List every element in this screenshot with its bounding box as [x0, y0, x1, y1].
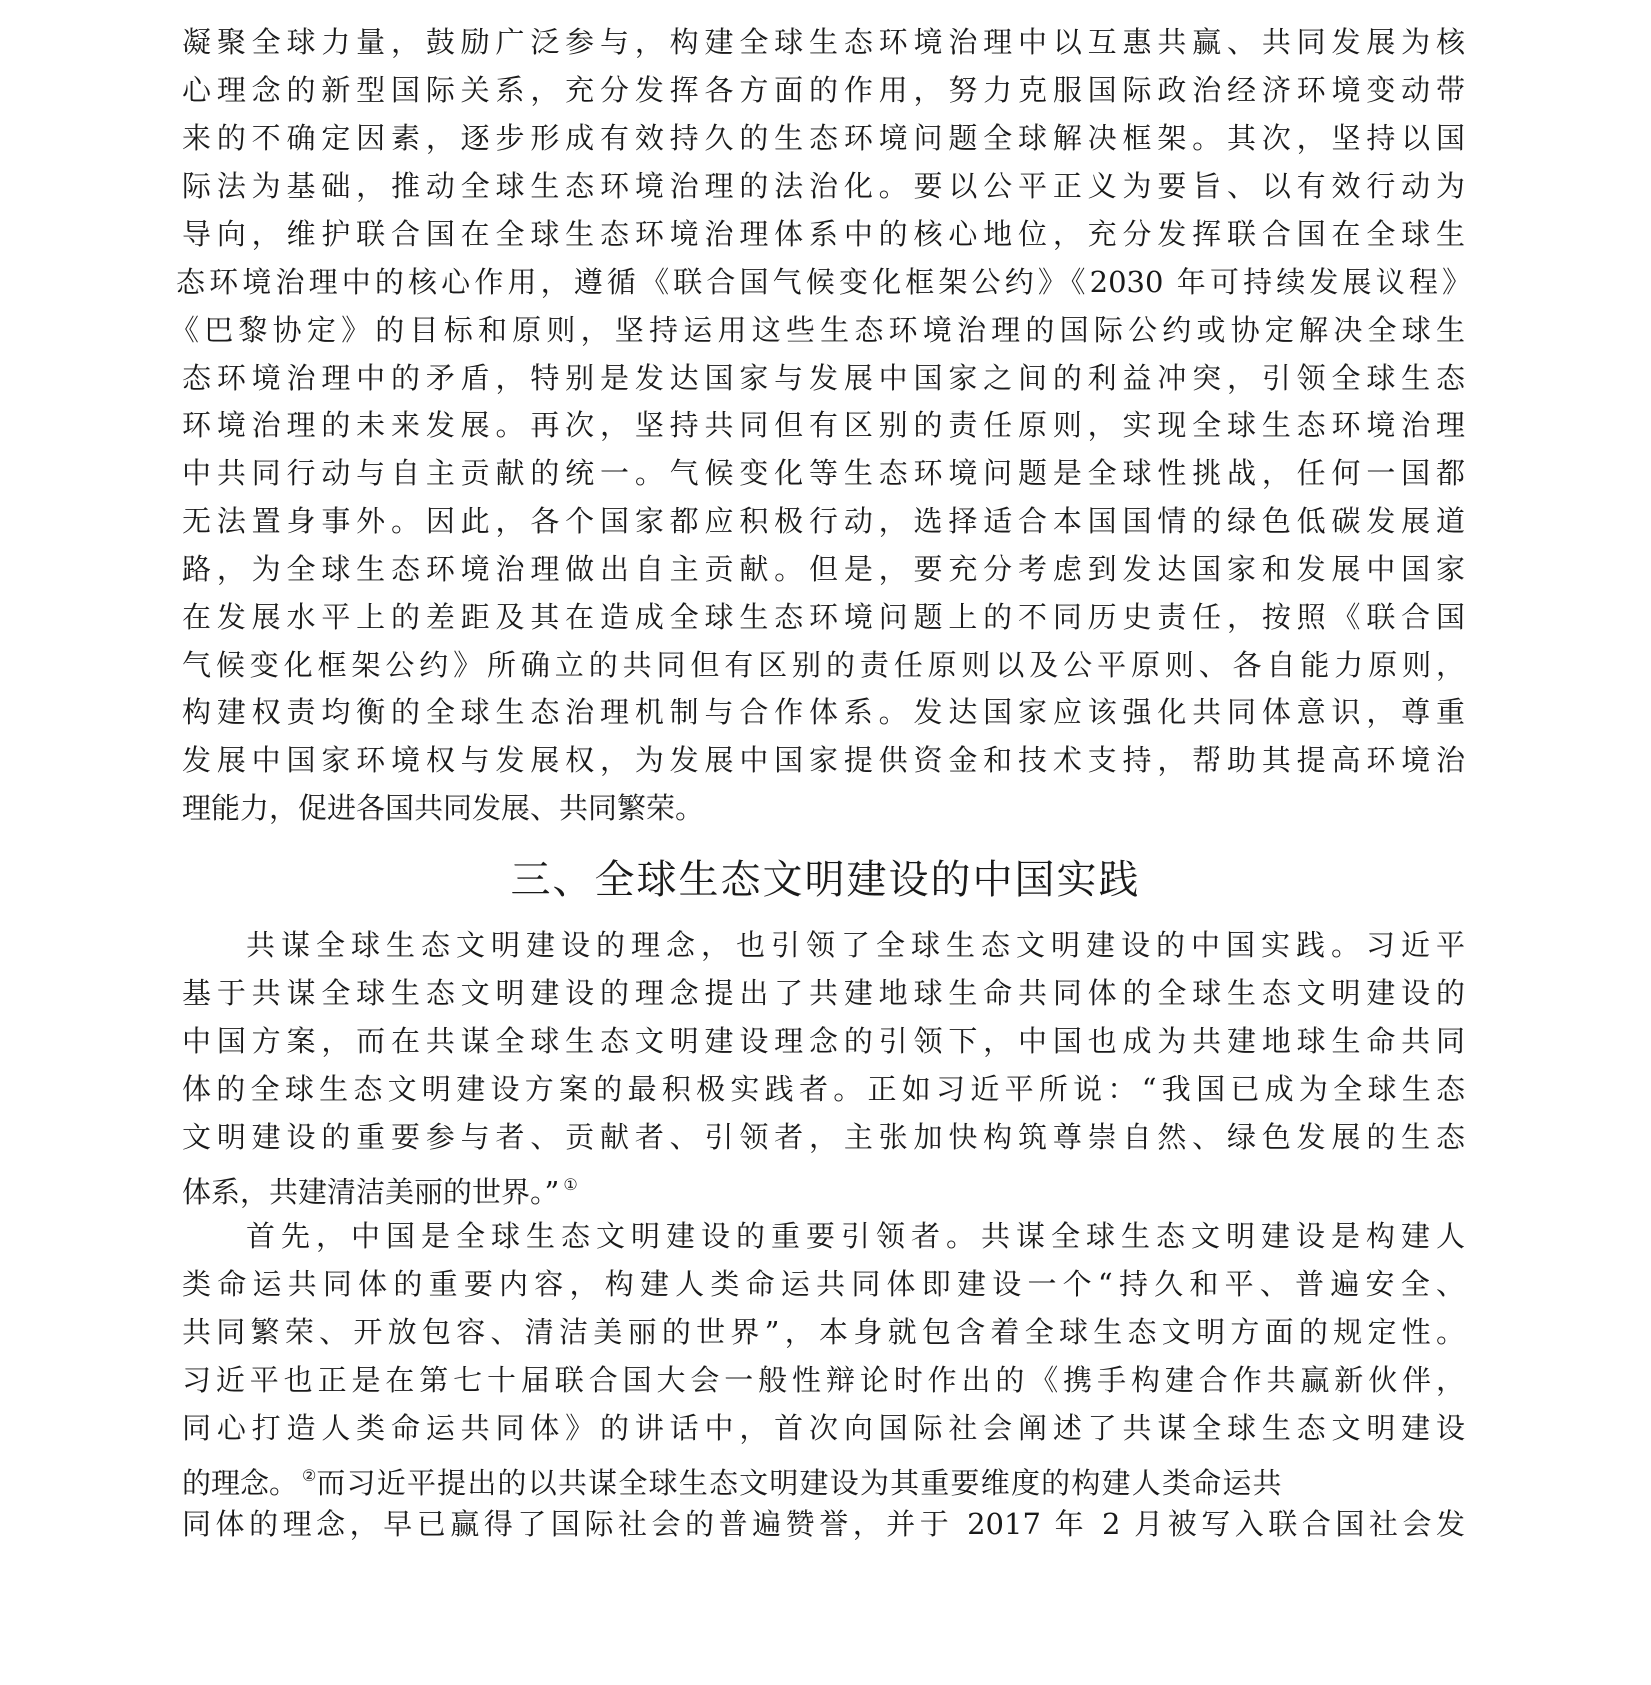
- text-line: 中共同行动与自主贡献的统一。气候变化等生态环境问题是全球性挑战，任何一国都: [182, 449, 1465, 497]
- text-line: 类命运共同体的重要内容，构建人类命运共同体即建设一个“持久和平、普遍安全、: [182, 1260, 1465, 1308]
- footnote-marker[interactable]: ①: [563, 1175, 577, 1194]
- text-line: 文明建设的重要参与者、贡献者、引领者，主张加快构筑尊崇自然、绿色发展的生态: [182, 1113, 1465, 1161]
- text-line: 习近平也正是在第七十届联合国大会一般性辩论时作出的《携手构建合作共赢新伙伴，: [182, 1356, 1465, 1404]
- text-line: 导向，维护联合国在全球生态环境治理体系中的核心地位，充分发挥联合国在全球生: [182, 210, 1465, 258]
- text-line: 基于共谋全球生态文明建设的理念提出了共建地球生命共同体的全球生态文明建设的: [182, 969, 1465, 1017]
- text-line: 构建权责均衡的全球生态治理机制与合作体系。发达国家应该强化共同体意识，尊重: [182, 688, 1465, 736]
- text-line: 凝聚全球力量，鼓励广泛参与，构建全球生态环境治理中以互惠共赢、共同发展为核: [182, 18, 1465, 66]
- text-line: 同心打造人类命运共同体》的讲话中，首次向国际社会阐述了共谋全球生态文明建设: [182, 1404, 1465, 1452]
- text-line: 体的全球生态文明建设方案的最积极实践者。正如习近平所说：“我国已成为全球生态: [182, 1065, 1465, 1113]
- text-line: 态环境治理中的矛盾，特别是发达国家与发展中国家之间的利益冲突，引领全球生态: [182, 354, 1465, 402]
- text-span: 而习近平提出的以共谋全球生态文明建设为其重要维度的构建人类命运共: [316, 1466, 1282, 1500]
- footnote-marker[interactable]: ②: [302, 1466, 316, 1485]
- text-line: 路，为全球生态环境治理做出自主贡献。但是，要充分考虑到发达国家和发展中国家: [182, 545, 1465, 593]
- text-line: 《巴黎协定》的目标和原则，坚持运用这些生态环境治理的国际公约或协定解决全球生: [170, 306, 1465, 354]
- text-line: 心理念的新型国际关系，充分发挥各方面的作用，努力克服国际政治经济环境变动带: [182, 66, 1465, 114]
- text-span: 体系，共建清洁美丽的世界。”: [182, 1175, 559, 1209]
- text-line: 发展中国家环境权与发展权，为发展中国家提供资金和技术支持，帮助其提高环境治: [182, 736, 1465, 784]
- text-line: 态环境治理中的核心作用，遵循《联合国气候变化框架公约》《2030 年可持续发展议…: [176, 258, 1471, 306]
- text-line: 在发展水平上的差距及其在造成全球生态环境问题上的不同历史责任，按照《联合国: [182, 593, 1465, 641]
- text-line: 中国方案，而在共谋全球生态文明建设理念的引领下，中国也成为共建地球生命共同: [182, 1017, 1465, 1065]
- text-line: 际法为基础，推动全球生态环境治理的法治化。要以公平正义为要旨、以有效行动为: [182, 162, 1465, 210]
- section-heading: 三、全球生态文明建设的中国实践: [0, 850, 1651, 910]
- text-line: 共谋全球生态文明建设的理念，也引领了全球生态文明建设的中国实践。习近平: [246, 921, 1465, 969]
- document-page: 凝聚全球力量，鼓励广泛参与，构建全球生态环境治理中以互惠共赢、共同发展为核 心理…: [0, 0, 1651, 1685]
- text-line: 共同繁荣、开放包容、清洁美丽的世界”，本身就包含着全球生态文明方面的规定性。: [182, 1308, 1465, 1356]
- text-line: 首先，中国是全球生态文明建设的重要引领者。共谋全球生态文明建设是构建人: [246, 1212, 1465, 1260]
- text-line: 的理念。②而习近平提出的以共谋全球生态文明建设为其重要维度的构建人类命运共: [182, 1452, 1465, 1500]
- text-line: 体系，共建清洁美丽的世界。”①: [182, 1161, 1465, 1209]
- text-line: 气候变化框架公约》所确立的共同但有区别的责任原则以及公平原则、各自能力原则，: [182, 641, 1465, 689]
- text-line: 环境治理的未来发展。再次，坚持共同但有区别的责任原则，实现全球生态环境治理: [182, 401, 1465, 449]
- text-line: 无法置身事外。因此，各个国家都应积极行动，选择适合本国国情的绿色低碳发展道: [182, 497, 1465, 545]
- text-line: 理能力，促进各国共同发展、共同繁荣。: [182, 784, 1465, 832]
- text-line: 同体的理念，早已赢得了国际社会的普遍赞誉，并于 2017 年 2 月被写入联合国…: [182, 1500, 1465, 1548]
- text-line: 来的不确定因素，逐步形成有效持久的生态环境问题全球解决框架。其次，坚持以国: [182, 114, 1465, 162]
- text-span: 的理念。: [182, 1466, 298, 1500]
